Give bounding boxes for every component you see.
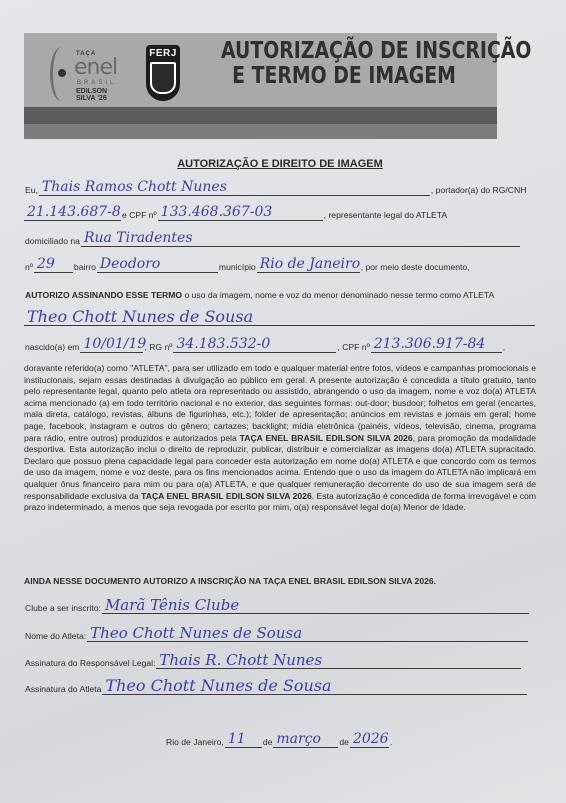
authorization-paragraph: doravante referido(a) como "ATLETA", par… bbox=[24, 363, 536, 514]
city-label: Rio de Janeiro, bbox=[165, 736, 225, 748]
paragraph-bold2: TAÇA ENEL BRASIL EDILSON SILVA 2026 bbox=[141, 491, 312, 501]
line-eu: Eu, Thais Ramos Chott Nunes , portador(a… bbox=[24, 178, 527, 196]
atleta-name-field[interactable]: Theo Chott Nunes de Sousa bbox=[24, 309, 535, 326]
por-meio-label: , por meio deste documento, bbox=[360, 261, 471, 273]
banner-title-line2: E TERMO DE IMAGEM bbox=[221, 64, 467, 89]
nascido-label: nascido(a) em bbox=[24, 341, 80, 353]
soccer-ball-icon bbox=[58, 69, 66, 77]
line-autorizo: AUTORIZO ASSINANDO ESSE TERMO o uso da i… bbox=[24, 283, 495, 301]
logo-enel-text: enel bbox=[74, 57, 117, 79]
rg-atleta-field[interactable]: 34.183.532-0 bbox=[173, 336, 336, 353]
ferj-shield-icon bbox=[150, 62, 176, 94]
autorizo-text: AUTORIZO ASSINANDO ESSE TERMO o uso da i… bbox=[24, 289, 495, 301]
banner-title: AUTORIZAÇÃO DE INSCRIÇÃO E TERMO DE IMAG… bbox=[221, 39, 467, 89]
logo-edilson-text: EDILSON SILVA '26 bbox=[76, 88, 107, 102]
line-domicilio: domiciliado na Rua Tiradentes bbox=[24, 229, 520, 247]
month-field[interactable]: março bbox=[273, 731, 338, 748]
assinatura-responsavel-field[interactable]: Thais R. Chott Nunes bbox=[156, 652, 521, 669]
autorizo-rest: o uso da imagem, nome e voz do menor den… bbox=[182, 290, 494, 300]
numero-label: nº bbox=[24, 261, 34, 273]
rg-field[interactable]: 21.143.687-8 bbox=[24, 204, 121, 221]
domiciliado-label: domiciliado na bbox=[24, 235, 81, 247]
line-assinatura-atleta: Assinatura do Atleta Theo Chott Nunes de… bbox=[24, 677, 527, 695]
nome-atleta-label: Nome do Atleta: bbox=[24, 630, 87, 642]
line-rg: 21.143.687-8 e CPF nº 133.468.367-03 , r… bbox=[24, 203, 448, 221]
assinatura-atleta-field[interactable]: Theo Chott Nunes de Sousa bbox=[102, 678, 527, 695]
logo-edilson: EDILSON bbox=[76, 88, 107, 95]
eu-label: Eu, bbox=[24, 184, 39, 196]
inscricao-heading: AINDA NESSE DOCUMENTO AUTORIZO A INSCRIÇ… bbox=[24, 576, 436, 586]
bairro-field[interactable]: Deodoro bbox=[97, 256, 218, 273]
clube-label: Clube a ser inscrito: bbox=[24, 602, 102, 614]
cpf-atleta-label: , CPF nº bbox=[336, 341, 370, 353]
paragraph-part1: doravante referido(a) como "ATLETA", par… bbox=[24, 363, 536, 443]
clube-field[interactable]: Marã Tênis Clube bbox=[102, 597, 529, 614]
assinatura-responsavel-label: Assinatura do Responsável Legal: bbox=[24, 657, 156, 669]
line-nascido: nascido(a) em 10/01/19 , RG nº 34.183.53… bbox=[24, 335, 506, 353]
logo-brasil-text: BRASIL bbox=[77, 80, 116, 86]
responsavel-name-field[interactable]: Thais Ramos Chott Nunes bbox=[39, 179, 430, 196]
section-heading: AUTORIZAÇÃO E DIREITO DE IMAGEM bbox=[24, 158, 536, 170]
banner-stripe-dark bbox=[24, 107, 497, 124]
banner-stripe-light bbox=[24, 124, 497, 139]
nome-atleta-field[interactable]: Theo Chott Nunes de Sousa bbox=[87, 625, 528, 642]
nascimento-field[interactable]: 10/01/19 bbox=[80, 336, 143, 353]
comma: , bbox=[502, 341, 506, 353]
line-clube: Clube a ser inscrito: Marã Tênis Clube bbox=[24, 596, 529, 614]
cpf-atleta-field[interactable]: 213.306.917-84 bbox=[371, 336, 502, 353]
year-field[interactable]: 2026 bbox=[350, 731, 389, 748]
assinatura-atleta-label: Assinatura do Atleta bbox=[24, 683, 102, 695]
numero-field[interactable]: 29 bbox=[34, 256, 73, 273]
logo-silva: SILVA '26 bbox=[76, 95, 107, 102]
endereco-field[interactable]: Rua Tiradentes bbox=[81, 230, 520, 247]
line-data: Rio de Janeiro, 11 de março de 2026 . bbox=[165, 730, 393, 748]
municipio-label: município bbox=[218, 261, 257, 273]
bairro-label: bairro bbox=[73, 261, 97, 273]
de-label-2: de bbox=[338, 736, 350, 748]
day-field[interactable]: 11 bbox=[225, 731, 262, 748]
cpf-field[interactable]: 133.468.367-03 bbox=[158, 204, 323, 221]
line-assinatura-responsavel: Assinatura do Responsável Legal: Thais R… bbox=[24, 651, 521, 669]
cpf-label: e CPF nº bbox=[121, 209, 158, 221]
date-end: . bbox=[389, 736, 393, 748]
paragraph-bold1: TAÇA ENEL BRASIL EDILSON SILVA 2026 bbox=[240, 433, 413, 443]
section-heading-text: AUTORIZAÇÃO E DIREITO DE IMAGEM bbox=[177, 158, 383, 170]
line-nome-atleta: Nome do Atleta: Theo Chott Nunes de Sous… bbox=[24, 624, 528, 642]
header-banner: TAÇA enel BRASIL EDILSON SILVA '26 FERJ … bbox=[24, 33, 497, 139]
line-atleta: Theo Chott Nunes de Sousa bbox=[24, 308, 535, 326]
portador-label: , portador(a) do RG/CNH bbox=[430, 184, 528, 196]
de-label-1: de bbox=[262, 736, 274, 748]
autorizo-bold: AUTORIZO ASSINANDO ESSE TERMO bbox=[25, 290, 182, 300]
ferj-text: FERJ bbox=[146, 48, 180, 59]
representante-label: , representante legal do ATLETA bbox=[323, 209, 448, 221]
rg-atleta-label: , RG nº bbox=[143, 341, 173, 353]
municipio-field[interactable]: Rio de Janeiro bbox=[257, 256, 360, 273]
banner-title-line1: AUTORIZAÇÃO DE INSCRIÇÃO bbox=[221, 39, 467, 64]
ferj-logo: FERJ bbox=[146, 45, 180, 101]
line-numero: nº 29 bairro Deodoro município Rio de Ja… bbox=[24, 255, 471, 273]
taca-enel-logo: TAÇA enel BRASIL EDILSON SILVA '26 bbox=[50, 43, 130, 103]
